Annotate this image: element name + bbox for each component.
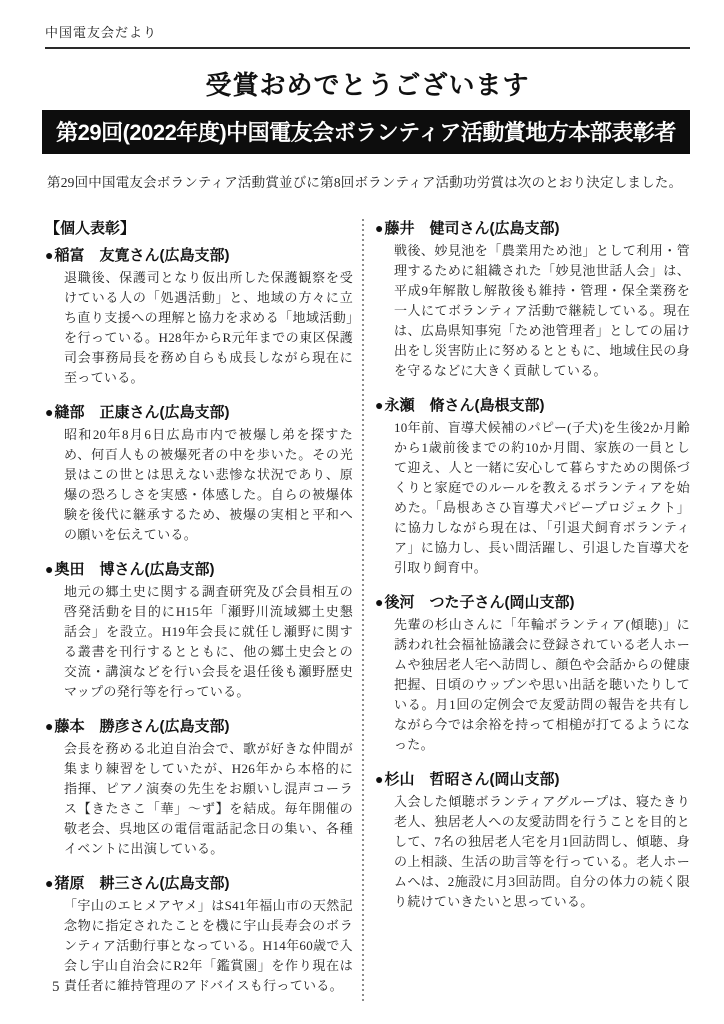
column-divider [362, 219, 364, 1003]
bullet-icon: ● [375, 220, 383, 236]
recipient-description: 入会した傾聴ボランティアグループは、寝たきり老人、独居老人への友愛訪問を行うこと… [394, 792, 690, 912]
bullet-icon: ● [45, 404, 53, 420]
recipient-name-text: 奥田 博さん(広島支部) [54, 561, 214, 578]
award-entry: ●縫部 正康さん(広島支部) 昭和20年8月6日広島市内で被爆し弟を探すため、何… [45, 401, 353, 545]
bullet-icon: ● [45, 247, 53, 263]
recipient-description: 「宇山のエヒメアヤメ」はS41年福山市の天然記念物に指定されたことを機に宇山長寿… [64, 896, 353, 996]
recipient-description: 昭和20年8月6日広島市内で被爆し弟を探すため、何百人もの被爆死者の中を歩いた。… [64, 425, 353, 545]
bullet-icon: ● [45, 875, 53, 891]
newsletter-page: 中国電友会だより 受賞おめでとうございます 第29回(2022年度)中国電友会ボ… [0, 0, 724, 1024]
recipient-description: 戦後、妙見池を「農業用ため池」として利用・管理するために組織された「妙見池世話人… [394, 241, 690, 381]
recipient-name-text: 藤井 健司さん(広島支部) [384, 220, 559, 237]
award-entry: ●永瀬 脩さん(島根支部) 10年前、盲導犬候補のパピー(子犬)を生後2か月齢か… [375, 394, 690, 578]
recipient-name-text: 永瀬 脩さん(島根支部) [384, 397, 544, 414]
right-column: ●藤井 健司さん(広島支部) 戦後、妙見池を「農業用ため池」として利用・管理する… [375, 217, 690, 1009]
intro-text: 第29回中国電友会ボランティア活動賞並びに第8回ボランティア活動功労賞は次のとお… [47, 171, 690, 191]
header-divider [45, 47, 690, 49]
recipient-description: 会長を務める北迫自治会で、歌が好きな仲間が集まり練習をしていたが、H26年から本… [64, 739, 353, 859]
award-entry: ●杉山 哲昭さん(岡山支部) 入会した傾聴ボランティアグループは、寝たきり老人、… [375, 768, 690, 912]
recipient-name: ●藤井 健司さん(広島支部) [375, 217, 690, 238]
recipient-name: ●猪原 耕三さん(広島支部) [45, 872, 353, 893]
section-heading: 【個人表彰】 [45, 217, 353, 238]
award-entry: ●後河 つた子さん(岡山支部) 先輩の杉山さんに「年輪ボランティア(傾聴)」に誘… [375, 591, 690, 755]
bullet-icon: ● [375, 771, 383, 787]
recipient-name-text: 稲富 友寛さん(広島支部) [54, 247, 229, 264]
recipient-description: 地元の郷土史に関する調査研究及び会員相互の啓発活動を目的にH15年「瀬野川流域郷… [64, 582, 353, 702]
recipient-name-text: 後河 つた子さん(岡山支部) [384, 594, 574, 611]
bullet-icon: ● [375, 594, 383, 610]
bullet-icon: ● [45, 561, 53, 577]
page-title: 受賞おめでとうございます [45, 65, 690, 102]
two-column-body: 【個人表彰】 ●稲富 友寛さん(広島支部) 退職後、保護司となり仮出所した保護観… [45, 217, 690, 1009]
recipient-name: ●永瀬 脩さん(島根支部) [375, 394, 690, 415]
award-entry: ●猪原 耕三さん(広島支部) 「宇山のエヒメアヤメ」はS41年福山市の天然記念物… [45, 872, 353, 996]
page-number: 5 [52, 979, 60, 996]
recipient-name: ●藤本 勝彦さん(広島支部) [45, 715, 353, 736]
recipient-name: ●奥田 博さん(広島支部) [45, 558, 353, 579]
recipient-name: ●後河 つた子さん(岡山支部) [375, 591, 690, 612]
recipient-name-text: 猪原 耕三さん(広島支部) [54, 875, 229, 892]
recipient-name: ●稲富 友寛さん(広島支部) [45, 244, 353, 265]
recipient-name-text: 藤本 勝彦さん(広島支部) [54, 718, 229, 735]
recipient-description: 10年前、盲導犬候補のパピー(子犬)を生後2か月齢から1歳前後までの約10か月間… [394, 418, 690, 578]
award-banner: 第29回(2022年度)中国電友会ボランティア活動賞地方本部表彰者 [42, 110, 690, 154]
recipient-name-text: 杉山 哲昭さん(岡山支部) [384, 771, 559, 788]
bullet-icon: ● [375, 397, 383, 413]
award-entry: ●稲富 友寛さん(広島支部) 退職後、保護司となり仮出所した保護観察を受けている… [45, 244, 353, 388]
recipient-name: ●縫部 正康さん(広島支部) [45, 401, 353, 422]
masthead-title: 中国電友会だより [45, 16, 690, 41]
bullet-icon: ● [45, 718, 53, 734]
recipient-name-text: 縫部 正康さん(広島支部) [54, 404, 229, 421]
award-entry: ●藤本 勝彦さん(広島支部) 会長を務める北迫自治会で、歌が好きな仲間が集まり練… [45, 715, 353, 859]
recipient-description: 退職後、保護司となり仮出所した保護観察を受けている人の「処遇活動」と、地域の方々… [64, 268, 353, 388]
recipient-name: ●杉山 哲昭さん(岡山支部) [375, 768, 690, 789]
recipient-description: 先輩の杉山さんに「年輪ボランティア(傾聴)」に誘われ社会福祉協議会に登録されてい… [394, 615, 690, 755]
left-column: 【個人表彰】 ●稲富 友寛さん(広島支部) 退職後、保護司となり仮出所した保護観… [45, 217, 353, 1009]
award-entry: ●藤井 健司さん(広島支部) 戦後、妙見池を「農業用ため池」として利用・管理する… [375, 217, 690, 381]
award-entry: ●奥田 博さん(広島支部) 地元の郷土史に関する調査研究及び会員相互の啓発活動を… [45, 558, 353, 702]
